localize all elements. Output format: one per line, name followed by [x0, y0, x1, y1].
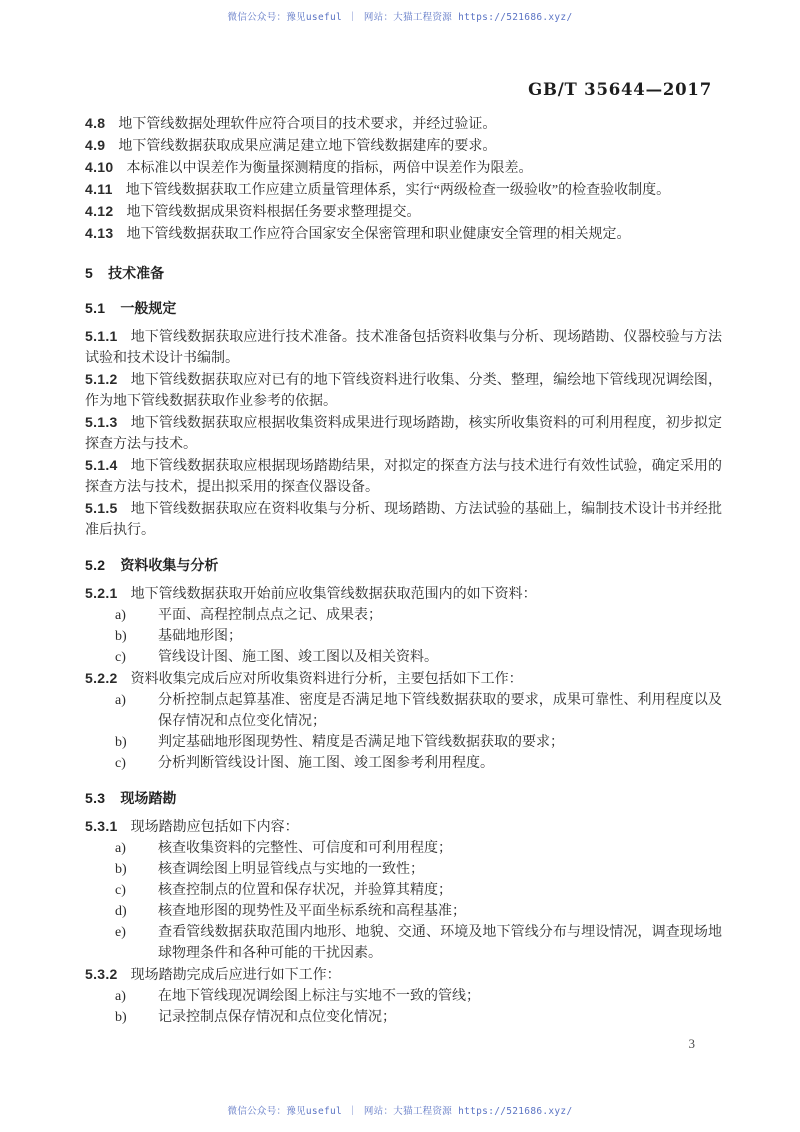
- clause-paragraph: 5.1.5地下管线数据获取应在资料收集与分析、现场踏勘、方法试验的基础上，编制技…: [85, 498, 722, 541]
- document-page: 微信公众号：豫见useful ｜ 网站：大猫工程资源 https://52168…: [0, 0, 800, 1132]
- item-text: 核查收集资料的完整性、可信度和可利用程度；: [158, 841, 452, 856]
- clause-text: 地下管线数据成果资料根据任务要求整理提交。: [126, 205, 420, 220]
- lettered-list-item: b)基础地形图；: [85, 626, 722, 647]
- clause-paragraph: 5.2.1地下管线数据获取开始前应收集管线数据获取范围内的如下资料：: [85, 583, 722, 605]
- heading-title: 一般规定: [120, 300, 176, 316]
- clause-number: 5.1.5: [85, 500, 118, 516]
- document-body: 4.8地下管线数据处理软件应符合项目的技术要求，并经过验证。4.9地下管线数据获…: [85, 113, 722, 1028]
- clause-number: 4.9: [85, 137, 105, 153]
- clause-text: 地下管线数据获取开始前应收集管线数据获取范围内的如下资料：: [131, 587, 537, 602]
- section-heading: 5技术准备: [85, 263, 722, 284]
- item-text: 核查调绘图上明显管线点与实地的一致性；: [158, 862, 424, 877]
- item-text: 基础地形图；: [158, 629, 242, 644]
- clause-text: 地下管线数据获取工作应建立质量管理体系，实行“两级检查一级验收”的检查验收制度。: [126, 183, 670, 198]
- item-text: 平面、高程控制点点之记、成果表；: [158, 608, 382, 623]
- item-text: 核查控制点的位置和保存状况，并验算其精度；: [158, 883, 452, 898]
- item-letter: b): [115, 859, 158, 880]
- lettered-list-item: a)核查收集资料的完整性、可信度和可利用程度；: [85, 838, 722, 859]
- standard-doc-code: GB/T 35644—2017: [528, 80, 712, 99]
- lettered-list-item: e)查看管线数据获取范围内地形、地貌、交通、环境及地下管线分布与埋设情况，调查现…: [85, 922, 722, 964]
- clause-number: 5.2.1: [85, 585, 118, 601]
- heading-number: 5.2: [85, 557, 105, 573]
- clause-paragraph: 5.3.2现场踏勘完成后应进行如下工作：: [85, 964, 722, 986]
- clause-text: 地下管线数据获取应对已有的地下管线资料进行收集、分类、整理，编绘地下管线现况调绘…: [85, 373, 722, 409]
- section-heading: 5.2资料收集与分析: [85, 555, 722, 576]
- clause-number: 5.1.3: [85, 414, 118, 430]
- clause-paragraph: 4.10本标准以中误差作为衡量探测精度的指标，两倍中误差作为限差。: [85, 157, 722, 179]
- clause-text: 地下管线数据获取应在资料收集与分析、现场踏勘、方法试验的基础上，编制技术设计书并…: [85, 502, 722, 538]
- clause-number: 5.1.2: [85, 371, 118, 387]
- clause-number: 4.13: [85, 225, 113, 241]
- clause-paragraph: 5.3.1现场踏勘应包括如下内容：: [85, 816, 722, 838]
- clause-number: 4.12: [85, 203, 113, 219]
- clause-number: 5.3.1: [85, 818, 118, 834]
- lettered-list-item: c)管线设计图、施工图、竣工图以及相关资料。: [85, 647, 722, 668]
- clause-text: 现场踏勘完成后应进行如下工作：: [131, 968, 341, 983]
- item-letter: b): [115, 626, 158, 647]
- item-letter: b): [115, 732, 158, 753]
- lettered-list-item: c)核查控制点的位置和保存状况，并验算其精度；: [85, 880, 722, 901]
- heading-number: 5: [85, 265, 93, 281]
- item-text: 管线设计图、施工图、竣工图以及相关资料。: [158, 650, 438, 665]
- lettered-list-item: b)记录控制点保存情况和点位变化情况；: [85, 1007, 722, 1028]
- item-text: 判定基础地形图现势性、精度是否满足地下管线数据获取的要求；: [158, 735, 564, 750]
- item-letter: e): [115, 922, 158, 943]
- item-letter: b): [115, 1007, 158, 1028]
- item-text: 核查地形图的现势性及平面坐标系统和高程基准；: [158, 904, 466, 919]
- lettered-list-item: d)核查地形图的现势性及平面坐标系统和高程基准；: [85, 901, 722, 922]
- item-text: 记录控制点保存情况和点位变化情况；: [158, 1010, 396, 1025]
- clause-paragraph: 4.11地下管线数据获取工作应建立质量管理体系，实行“两级检查一级验收”的检查验…: [85, 179, 722, 201]
- clause-paragraph: 5.2.2资料收集完成后应对所收集资料进行分析，主要包括如下工作：: [85, 668, 722, 690]
- clause-paragraph: 4.13地下管线数据获取工作应符合国家安全保密管理和职业健康安全管理的相关规定。: [85, 223, 722, 245]
- clause-number: 5.3.2: [85, 966, 118, 982]
- section-heading: 5.1一般规定: [85, 298, 722, 319]
- clause-paragraph: 5.1.4地下管线数据获取应根据现场踏勘结果，对拟定的探查方法与技术进行有效性试…: [85, 455, 722, 498]
- clause-number: 4.10: [85, 159, 113, 175]
- item-letter: a): [115, 838, 158, 859]
- item-letter: c): [115, 647, 158, 668]
- clause-text: 现场踏勘应包括如下内容：: [131, 820, 299, 835]
- clause-text: 地下管线数据处理软件应符合项目的技术要求，并经过验证。: [118, 117, 496, 132]
- clause-text: 本标准以中误差作为衡量探测精度的指标，两倍中误差作为限差。: [126, 161, 532, 176]
- clause-paragraph: 4.12地下管线数据成果资料根据任务要求整理提交。: [85, 201, 722, 223]
- heading-number: 5.1: [85, 300, 105, 316]
- item-letter: a): [115, 690, 158, 711]
- clause-number: 4.11: [85, 181, 113, 197]
- lettered-list-item: c)分析判断管线设计图、施工图、竣工图参考利用程度。: [85, 753, 722, 774]
- section-heading: 5.3现场踏勘: [85, 788, 722, 809]
- lettered-list-item: b)判定基础地形图现势性、精度是否满足地下管线数据获取的要求；: [85, 732, 722, 753]
- clause-text: 地下管线数据获取成果应满足建立地下管线数据建库的要求。: [118, 139, 496, 154]
- lettered-list-item: a)在地下管线现况调绘图上标注与实地不一致的管线；: [85, 986, 722, 1007]
- clause-paragraph: 5.1.2地下管线数据获取应对已有的地下管线资料进行收集、分类、整理，编绘地下管…: [85, 369, 722, 412]
- clause-text: 地下管线数据获取工作应符合国家安全保密管理和职业健康安全管理的相关规定。: [126, 227, 630, 242]
- lettered-list-item: b)核查调绘图上明显管线点与实地的一致性；: [85, 859, 722, 880]
- clause-number: 4.8: [85, 115, 105, 131]
- item-letter: c): [115, 753, 158, 774]
- lettered-list-item: a)平面、高程控制点点之记、成果表；: [85, 605, 722, 626]
- clause-paragraph: 5.1.1地下管线数据获取应进行技术准备。技术准备包括资料收集与分析、现场踏勘、…: [85, 326, 722, 369]
- clause-paragraph: 4.8地下管线数据处理软件应符合项目的技术要求，并经过验证。: [85, 113, 722, 135]
- lettered-list-item: a)分析控制点起算基准、密度是否满足地下管线数据获取的要求，成果可靠性、利用程度…: [85, 690, 722, 732]
- item-letter: a): [115, 986, 158, 1007]
- clause-paragraph: 5.1.3地下管线数据获取应根据收集资料成果进行现场踏勘，核实所收集资料的可利用…: [85, 412, 722, 455]
- clause-text: 地下管线数据获取应根据收集资料成果进行现场踏勘，核实所收集资料的可利用程度，初步…: [85, 416, 722, 452]
- item-letter: c): [115, 880, 158, 901]
- page-number: 3: [689, 1036, 696, 1052]
- heading-title: 技术准备: [108, 265, 164, 281]
- clause-paragraph: 4.9地下管线数据获取成果应满足建立地下管线数据建库的要求。: [85, 135, 722, 157]
- watermark-bottom: 微信公众号：豫见useful ｜ 网站：大猫工程资源 https://52168…: [0, 1103, 800, 1117]
- item-letter: a): [115, 605, 158, 626]
- heading-title: 资料收集与分析: [120, 557, 218, 573]
- item-text: 在地下管线现况调绘图上标注与实地不一致的管线；: [158, 989, 480, 1004]
- item-letter: d): [115, 901, 158, 922]
- clause-text: 地下管线数据获取应根据现场踏勘结果，对拟定的探查方法与技术进行有效性试验，确定采…: [85, 459, 722, 495]
- watermark-top: 微信公众号：豫见useful ｜ 网站：大猫工程资源 https://52168…: [0, 9, 800, 23]
- clause-text: 资料收集完成后应对所收集资料进行分析，主要包括如下工作：: [131, 672, 523, 687]
- clause-number: 5.1.4: [85, 457, 118, 473]
- heading-title: 现场踏勘: [120, 790, 176, 806]
- item-text: 分析判断管线设计图、施工图、竣工图参考利用程度。: [158, 756, 494, 771]
- clause-number: 5.2.2: [85, 670, 118, 686]
- heading-number: 5.3: [85, 790, 105, 806]
- item-text: 查看管线数据获取范围内地形、地貌、交通、环境及地下管线分布与埋设情况，调查现场地…: [158, 925, 722, 961]
- clause-number: 5.1.1: [85, 328, 118, 344]
- item-text: 分析控制点起算基准、密度是否满足地下管线数据获取的要求，成果可靠性、利用程度以及…: [158, 693, 722, 729]
- clause-text: 地下管线数据获取应进行技术准备。技术准备包括资料收集与分析、现场踏勘、仪器校验与…: [85, 330, 722, 366]
